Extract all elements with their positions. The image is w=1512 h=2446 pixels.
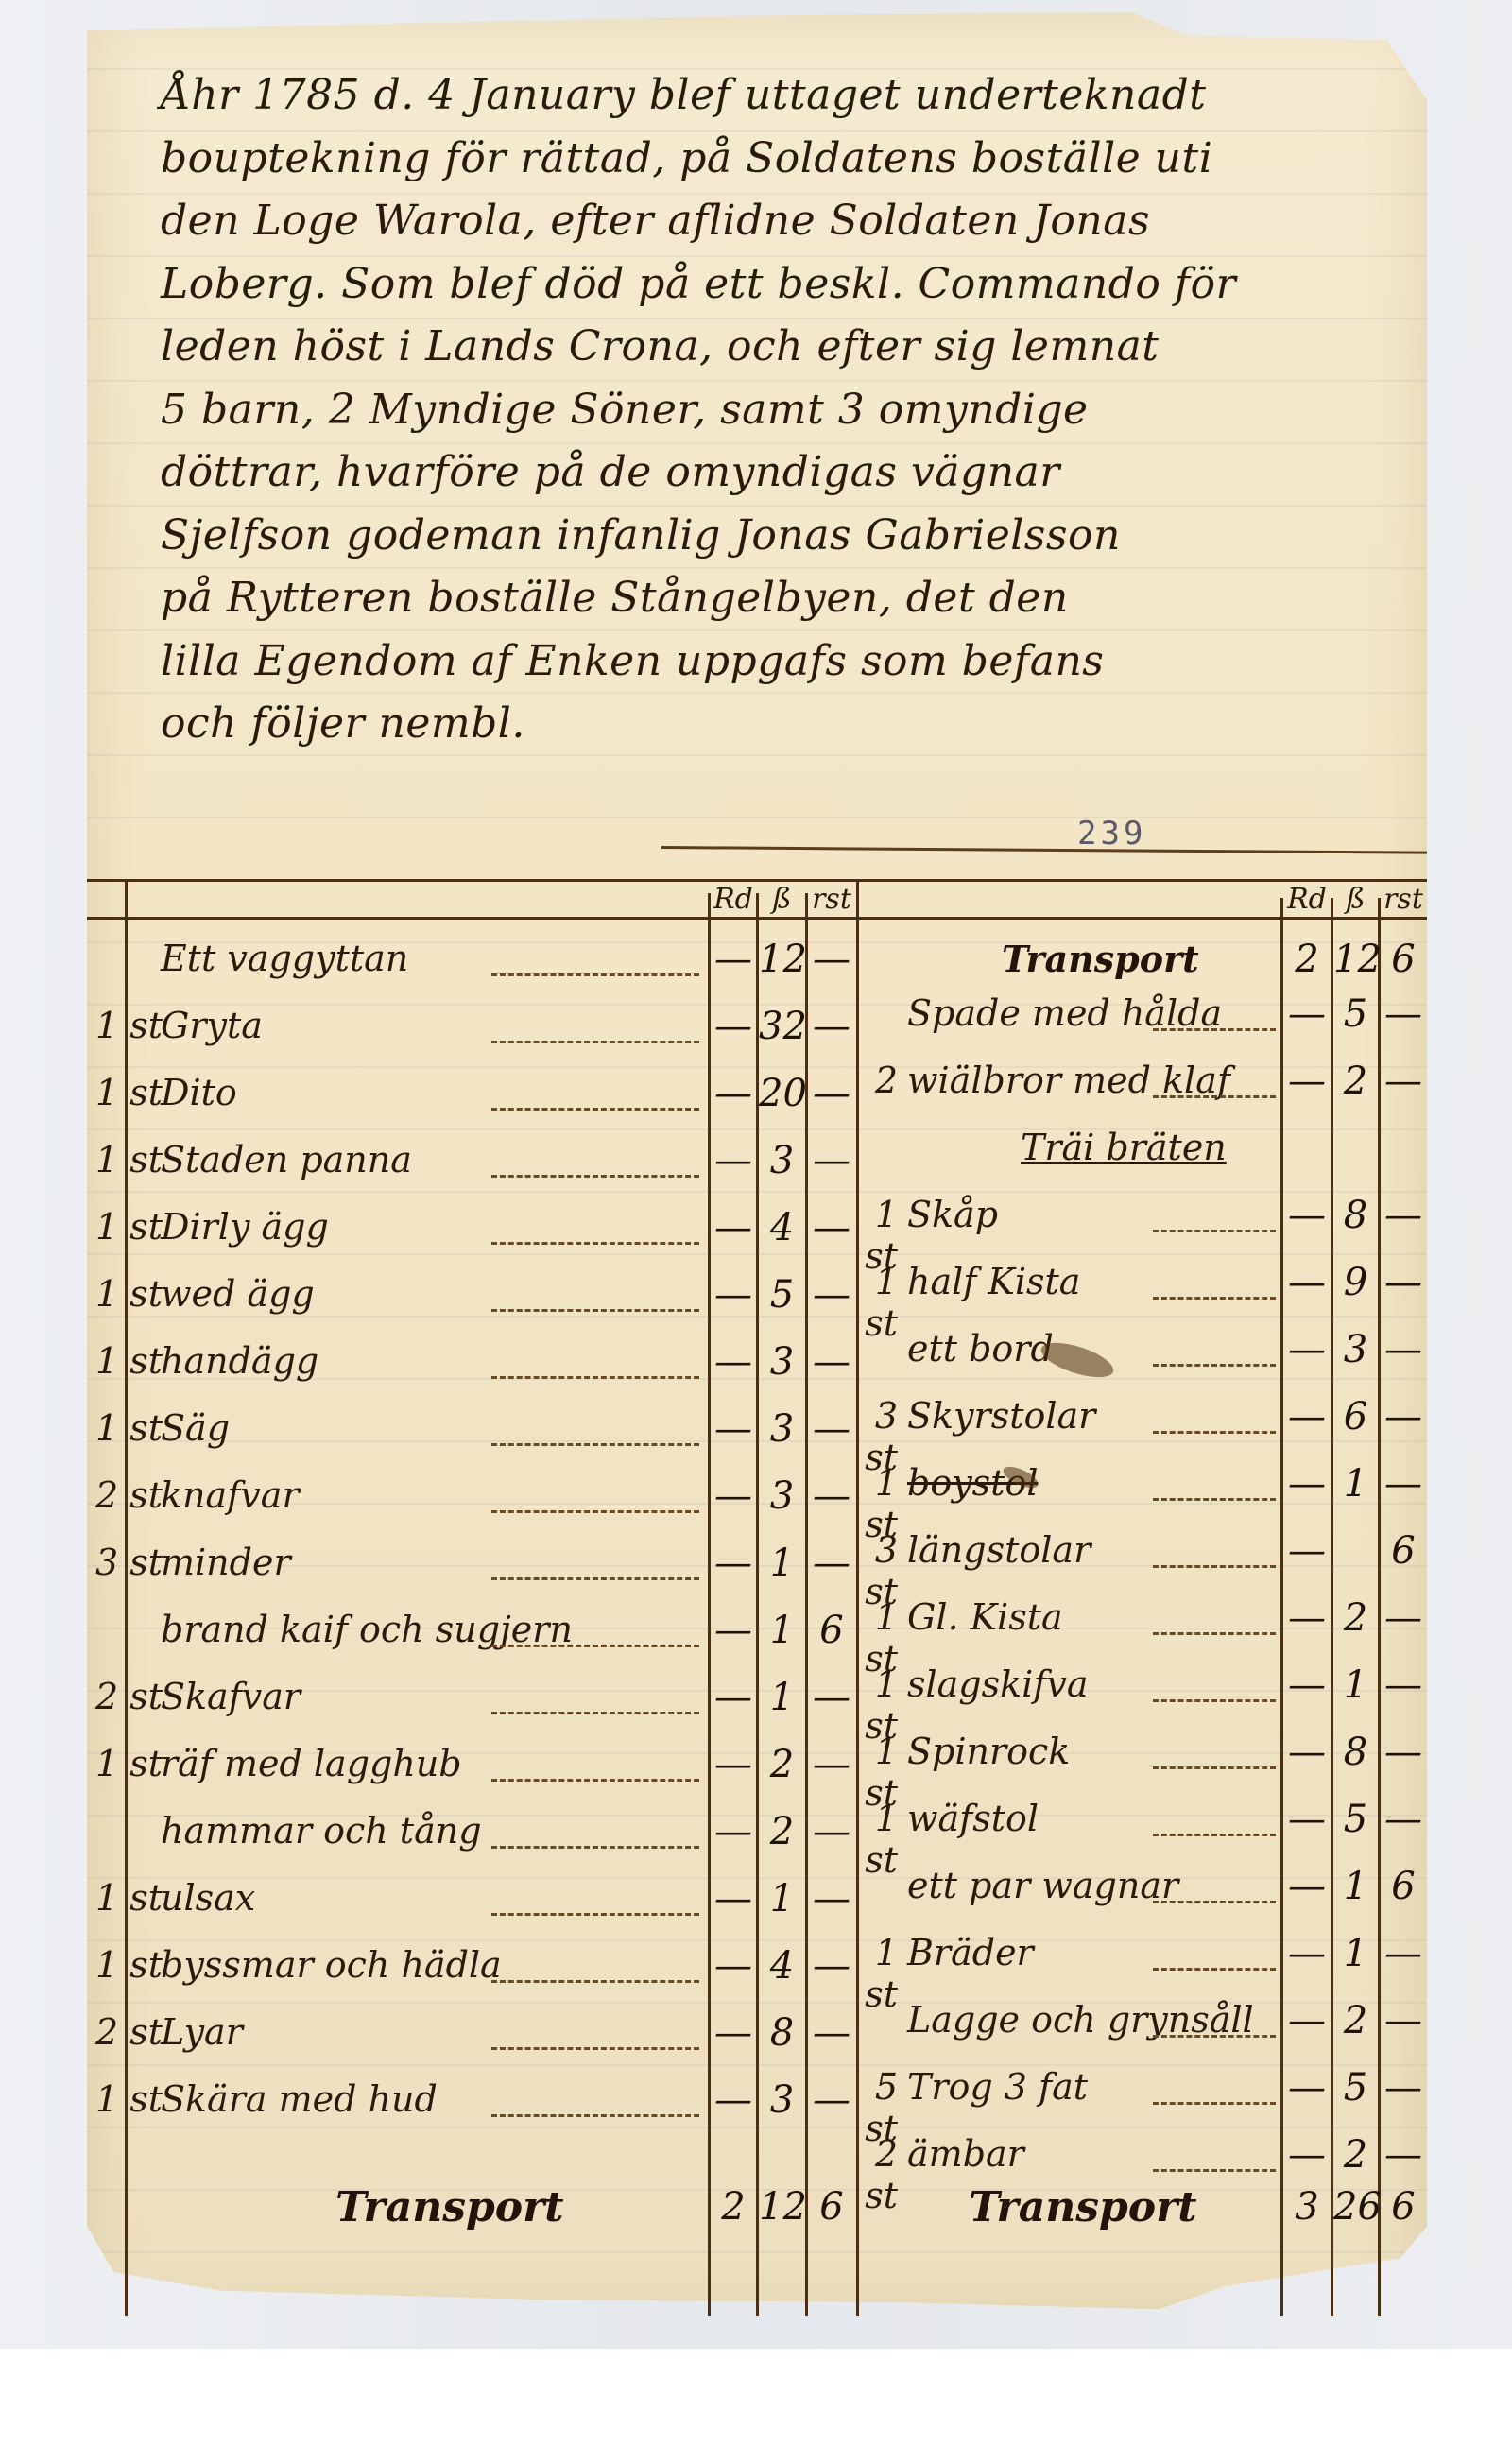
- leader-dashes: [491, 1443, 699, 1448]
- value-rd: —: [1283, 1529, 1331, 1573]
- value-sk: 9: [1333, 1261, 1378, 1304]
- leader-dashes: [1153, 1498, 1276, 1503]
- leader-dashes: [491, 1645, 699, 1649]
- value-sk: 2: [1333, 1999, 1378, 2042]
- value-rst: —: [1381, 2133, 1426, 2177]
- value-rd: —: [1283, 1462, 1331, 1506]
- item-description: Staden panna: [161, 1139, 412, 1180]
- value-rst: —: [1381, 1798, 1426, 1841]
- value-rd: —: [711, 1877, 756, 1921]
- item-quantity: 2 st: [850, 2133, 898, 2216]
- value-rst: —: [1381, 1395, 1426, 1438]
- value-rst: —: [1381, 1462, 1426, 1506]
- leader-dashes: [1153, 2102, 1276, 2107]
- archive-page-stamp: 239: [1077, 815, 1146, 853]
- item-quantity: 1 st: [87, 1072, 163, 1113]
- leader-dashes: [491, 1712, 699, 1716]
- value-rd: —: [1283, 1798, 1331, 1841]
- value-rst: —: [808, 1407, 855, 1451]
- leader-dashes: [1153, 1431, 1276, 1436]
- preamble-line: bouptekning för rättad, på Soldatens bos…: [161, 128, 1417, 191]
- item-description: handägg: [161, 1340, 318, 1382]
- item-description: längstolar: [907, 1529, 1091, 1571]
- value-rd: —: [711, 938, 756, 981]
- leader-dashes: [491, 2047, 699, 2052]
- value-rst: —: [1381, 1663, 1426, 1707]
- value-rst: —: [808, 1273, 855, 1317]
- value-rd: —: [711, 1810, 756, 1853]
- value-rd: —: [711, 1273, 756, 1317]
- item-description: half Kista: [907, 1261, 1080, 1302]
- value-rd: —: [711, 2011, 756, 2055]
- item-description: minder: [161, 1542, 291, 1583]
- value-sk: 1: [1333, 1663, 1378, 1707]
- value-sk: 5: [759, 1273, 805, 1317]
- value-rd: —: [711, 1542, 756, 1585]
- value-sk: 5: [1333, 1798, 1378, 1841]
- value-rst: —: [1381, 992, 1426, 1036]
- leader-dashes: [1153, 2169, 1276, 2174]
- value-sk: 1: [759, 1877, 805, 1921]
- value-rst: —: [808, 938, 855, 981]
- value-rd: —: [1283, 2066, 1331, 2110]
- value-rst: —: [808, 2078, 855, 2122]
- value-rst: —: [808, 1743, 855, 1786]
- header-rst-right: rst: [1381, 883, 1426, 916]
- preamble-line: och följer nembl.: [161, 693, 1417, 756]
- value-rd: —: [1283, 1663, 1331, 1707]
- value-rst: —: [808, 1944, 855, 1988]
- value-rst: —: [808, 1542, 855, 1585]
- preamble-line: på Rytteren boställe Stångelbyen, det de…: [161, 567, 1417, 630]
- item-quantity: 2 st: [87, 2011, 163, 2053]
- value-rst: —: [808, 1072, 855, 1115]
- preamble-line: den Loge Warola, efter aflidne Soldaten …: [161, 190, 1417, 253]
- item-description: Gl. Kista: [907, 1596, 1063, 1638]
- item-description: Bräder: [907, 1932, 1034, 1973]
- leader-dashes: [491, 1175, 699, 1180]
- leader-dashes: [491, 2114, 699, 2119]
- item-quantity: 1 st: [87, 1340, 163, 1382]
- value-rd: —: [711, 2078, 756, 2122]
- header-rd-left: Rd: [711, 883, 756, 916]
- preamble-line: Loberg. Som blef död på ett beskl. Comma…: [161, 253, 1417, 317]
- item-quantity: 1 st: [87, 1273, 163, 1315]
- header-rd-right: Rd: [1283, 883, 1331, 916]
- header-sk-left: ß: [759, 883, 805, 916]
- value-rst: —: [1381, 1999, 1426, 2042]
- value-rd: —: [711, 1474, 756, 1518]
- value-rd: —: [1283, 1999, 1331, 2042]
- item-description: Skyrstolar: [907, 1395, 1095, 1437]
- leader-dashes: [491, 1376, 699, 1381]
- value-rd: —: [711, 1944, 756, 1988]
- value-sk: 5: [1333, 2066, 1378, 2110]
- left-transport-rst: 6: [808, 2185, 855, 2229]
- value-rst: —: [808, 2011, 855, 2055]
- item-description: Spinrock: [907, 1731, 1070, 1772]
- value-rst: —: [808, 1676, 855, 1719]
- item-quantity: 1 st: [87, 2078, 163, 2120]
- value-rst: —: [808, 1139, 855, 1182]
- value-rst: 6: [1381, 1529, 1426, 1573]
- value-sk: 2: [1333, 2133, 1378, 2177]
- value-rst: —: [808, 1340, 855, 1384]
- preamble-line: Sjelfson godeman infanlig Jonas Gabriels…: [161, 505, 1417, 568]
- leader-dashes: [491, 1577, 699, 1582]
- value-rd: —: [1283, 992, 1331, 1036]
- leader-dashes: [491, 1779, 699, 1783]
- value-rst: —: [1381, 1328, 1426, 1371]
- right-transport-rst: 6: [1381, 2185, 1426, 2229]
- leader-dashes: [1153, 1364, 1276, 1369]
- item-quantity: 2: [850, 1059, 898, 1101]
- value-sk: 32: [759, 1005, 805, 1048]
- value-rd: —: [1283, 1194, 1331, 1237]
- item-description: wed ägg: [161, 1273, 315, 1315]
- leader-dashes: [491, 1309, 699, 1314]
- preamble-line: Åhr 1785 d. 4 January blef uttaget under…: [161, 64, 1417, 128]
- leader-dashes: [1153, 1834, 1276, 1838]
- value-rd: —: [1283, 1261, 1331, 1304]
- value-sk: 2: [1333, 1596, 1378, 1640]
- value-rd: —: [1283, 1865, 1331, 1908]
- preamble-line: döttrar, hvarföre på de omyndigas vägnar: [161, 441, 1417, 505]
- value-rd: —: [1283, 2133, 1331, 2177]
- item-quantity: 1 st: [87, 1407, 163, 1449]
- value-rd: —: [711, 1743, 756, 1786]
- value-rst: —: [1381, 2066, 1426, 2110]
- value-sk: 3: [1333, 1328, 1378, 1371]
- leader-dashes: [1153, 2035, 1276, 2040]
- item-description: Dirly ägg: [161, 1206, 329, 1248]
- preamble-line: lilla Egendom af Enken uppgafs som befan…: [161, 630, 1417, 694]
- value-rst: 6: [1381, 1865, 1426, 1908]
- preamble-line: 5 barn, 2 Myndige Söner, samt 3 omyndige: [161, 379, 1417, 442]
- value-sk: 1: [759, 1676, 805, 1719]
- right-carry-in-sk: 12: [1333, 938, 1378, 981]
- leader-dashes: [491, 1913, 699, 1918]
- item-quantity: 2 st: [87, 1474, 163, 1516]
- item-quantity: 1 st: [850, 1261, 898, 1344]
- value-rst: —: [808, 1474, 855, 1518]
- item-quantity: 1 st: [87, 1005, 163, 1046]
- value-rst: —: [1381, 1194, 1426, 1237]
- value-rd: —: [711, 1676, 756, 1719]
- inventory-preamble: Åhr 1785 d. 4 January blef uttaget under…: [161, 64, 1417, 756]
- leader-dashes: [1153, 1699, 1276, 1704]
- value-rd: —: [1283, 1932, 1331, 1975]
- item-description: slagskifva: [907, 1663, 1089, 1705]
- leader-dashes: [1153, 1968, 1276, 1972]
- value-sk: 1: [759, 1542, 805, 1585]
- leader-dashes: [1153, 1632, 1276, 1637]
- value-rst: —: [808, 1810, 855, 1853]
- value-sk: 3: [759, 1474, 805, 1518]
- leader-dashes: [491, 1510, 699, 1515]
- value-rd: —: [711, 1139, 756, 1182]
- item-description: wäfstol: [907, 1798, 1039, 1839]
- item-description: Säg: [161, 1407, 230, 1449]
- value-sk: 2: [1333, 1059, 1378, 1103]
- leader-dashes: [491, 973, 699, 978]
- leader-dashes: [1153, 1095, 1276, 1100]
- value-sk: 8: [759, 2011, 805, 2055]
- value-rst: —: [1381, 1261, 1426, 1304]
- header-rst-left: rst: [808, 883, 855, 916]
- value-sk: 3: [759, 1407, 805, 1451]
- value-rd: —: [711, 1609, 756, 1652]
- value-sk: 3: [759, 1340, 805, 1384]
- item-description: hammar och tång: [161, 1810, 482, 1852]
- leader-dashes: [491, 1980, 699, 1985]
- value-rd: —: [1283, 1596, 1331, 1640]
- left-transport-label: Transport: [335, 2183, 564, 2231]
- value-sk: 20: [759, 1072, 805, 1115]
- leader-dashes: [1153, 1230, 1276, 1234]
- item-description: Gryta: [161, 1005, 263, 1046]
- right-carry-in-rd: 2: [1283, 938, 1331, 981]
- item-description: Ett vaggyttan: [161, 938, 408, 979]
- value-rd: —: [711, 1340, 756, 1384]
- value-rd: —: [711, 1407, 756, 1451]
- value-rst: —: [808, 1877, 855, 1921]
- value-sk: 8: [1333, 1194, 1378, 1237]
- value-rd: —: [1283, 1059, 1331, 1103]
- right-transport-rd: 3: [1283, 2185, 1331, 2229]
- item-description: ämbar: [907, 2133, 1024, 2175]
- value-rst: —: [1381, 1596, 1426, 1640]
- value-rd: —: [711, 1072, 756, 1115]
- leader-dashes: [1153, 1297, 1276, 1301]
- item-quantity: 1 st: [850, 1932, 898, 2015]
- leader-dashes: [1153, 1901, 1276, 1905]
- header-sk-right: ß: [1333, 883, 1378, 916]
- leader-dashes: [491, 1041, 699, 1045]
- value-sk: 4: [759, 1944, 805, 1988]
- right-carry-in-label: Transport: [1002, 938, 1199, 980]
- value-sk: 12: [759, 938, 805, 981]
- value-rst: —: [808, 1005, 855, 1048]
- value-sk: 6: [1333, 1395, 1378, 1438]
- item-quantity: 1 st: [850, 1798, 898, 1881]
- value-rst: —: [1381, 1731, 1426, 1774]
- leader-dashes: [491, 1108, 699, 1112]
- value-sk: 1: [1333, 1462, 1378, 1506]
- leader-dashes: [1153, 1028, 1276, 1033]
- value-rd: —: [1283, 1395, 1331, 1438]
- leader-dashes: [491, 1846, 699, 1851]
- value-rd: —: [711, 1206, 756, 1249]
- item-description: Skåp: [907, 1194, 998, 1235]
- value-sk: 5: [1333, 992, 1378, 1036]
- value-rst: —: [1381, 1932, 1426, 1975]
- value-sk: 2: [759, 1743, 805, 1786]
- value-sk: 3: [759, 1139, 805, 1182]
- item-description: ett par wagnar: [907, 1865, 1178, 1906]
- right-transport-label: Transport: [969, 2183, 1197, 2231]
- table-top-rule: [87, 879, 1427, 882]
- item-description: Lyar: [161, 2011, 243, 2053]
- item-description: byssmar och hädla: [161, 1944, 502, 1986]
- value-rd: —: [711, 1005, 756, 1048]
- value-rst: —: [1381, 1059, 1426, 1103]
- value-sk: 1: [1333, 1865, 1378, 1908]
- item-description: räf med lagghub: [161, 1743, 462, 1784]
- item-description: knafvar: [161, 1474, 300, 1516]
- value-sk: 3: [759, 2078, 805, 2122]
- item-quantity: 1 st: [87, 1139, 163, 1180]
- value-sk: 2: [759, 1810, 805, 1853]
- value-sk: 1: [759, 1609, 805, 1652]
- value-sk: 4: [759, 1206, 805, 1249]
- value-rst: —: [808, 1206, 855, 1249]
- value-sk: 1: [1333, 1932, 1378, 1975]
- leader-dashes: [1153, 1766, 1276, 1771]
- value-rd: —: [1283, 1731, 1331, 1774]
- item-description: ett bord: [907, 1328, 1054, 1369]
- value-rd: —: [1283, 1328, 1331, 1371]
- item-description: Dito: [161, 1072, 237, 1113]
- item-quantity: 1 st: [87, 1877, 163, 1919]
- item-quantity: 3 st: [87, 1542, 163, 1583]
- value-rst: 6: [808, 1609, 855, 1652]
- value-sk: 8: [1333, 1731, 1378, 1774]
- item-quantity: 1 st: [87, 1206, 163, 1248]
- item-quantity: 2 st: [87, 1676, 163, 1717]
- item-description: Skafvar: [161, 1676, 301, 1717]
- item-description: Skära med hud: [161, 2078, 438, 2120]
- leader-dashes: [1153, 1565, 1276, 1570]
- leader-dashes: [491, 1242, 699, 1247]
- preamble-line: leden höst i Lands Crona, och efter sig …: [161, 316, 1417, 379]
- left-transport-rd: 2: [711, 2185, 756, 2229]
- item-quantity: 1 st: [87, 1944, 163, 1986]
- item-description: Träi bräten: [907, 1127, 1227, 1168]
- item-description: ulsax: [161, 1877, 255, 1919]
- item-quantity: 1 st: [87, 1743, 163, 1784]
- right-transport-sk: 26: [1333, 2185, 1378, 2229]
- right-carry-in-rst: 6: [1381, 938, 1426, 981]
- left-transport-sk: 12: [759, 2185, 805, 2229]
- item-description: Trog 3 fat: [907, 2066, 1088, 2108]
